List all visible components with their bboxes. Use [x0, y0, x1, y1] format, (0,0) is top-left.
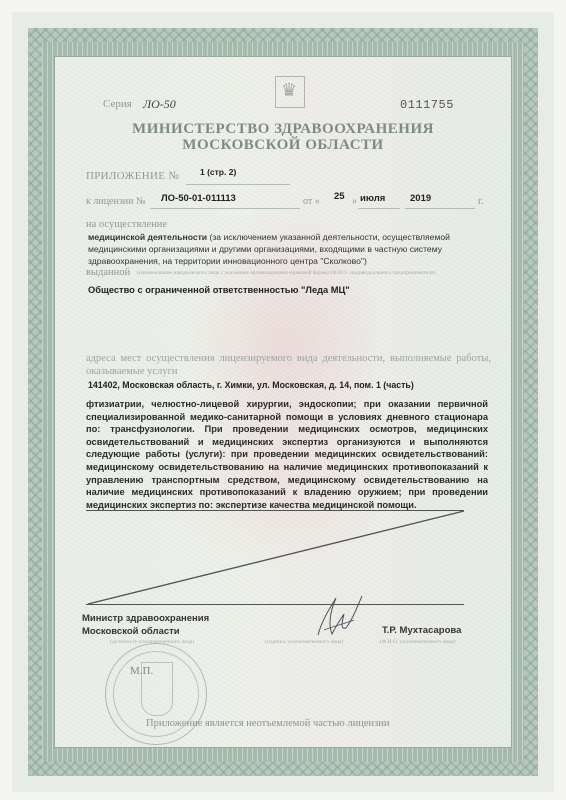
activity-label: на осуществление	[86, 219, 167, 230]
appendix-value: 1 (стр. 2)	[200, 167, 236, 177]
month-underline	[358, 208, 400, 209]
date-quote-close: »	[352, 196, 357, 207]
issued-label: выданной	[86, 267, 130, 278]
official-stamp-icon	[105, 643, 207, 745]
series-label: Серия	[103, 98, 132, 110]
signatory-position-line2: Московской области	[82, 625, 209, 638]
date-month: июля	[360, 193, 385, 204]
date-day: 25	[334, 191, 345, 202]
signature-hint: (подпись уполномоченного лица)	[265, 639, 343, 645]
year-underline	[405, 208, 475, 209]
signatory-position: Министр здравоохранения Московской облас…	[82, 612, 209, 638]
license-number: ЛО-50-01-011113	[161, 193, 236, 204]
blank-space-strike-line	[86, 508, 466, 608]
appendix-underline	[186, 184, 290, 185]
signatory-name: Т.Р. Мухтасарова	[382, 625, 461, 636]
license-label: к лицензии №	[86, 196, 146, 207]
license-underline	[150, 208, 300, 209]
issued-hint: (наименование юридического лица с указан…	[137, 268, 487, 278]
services-text: фтизиатрии, челюстно-лицевой хирургии, э…	[86, 398, 488, 511]
ministry-title-line1: МИНИСТЕРСТВО ЗДРАВООХРАНЕНИЯ	[0, 121, 566, 138]
activity-description: медицинской деятельности (за исключением…	[88, 231, 488, 268]
signatory-position-line1: Министр здравоохранения	[82, 612, 209, 625]
signature-top-line	[86, 604, 464, 605]
address-value: 141402, Московская область, г. Химки, ул…	[88, 380, 414, 390]
date-from-label: от «	[303, 196, 320, 207]
footer-note: Приложение является неотъемлемой частью …	[146, 718, 390, 729]
coat-of-arms-icon	[275, 76, 305, 108]
appendix-label: ПРИЛОЖЕНИЕ №	[86, 170, 179, 182]
address-label: адреса мест осуществления лицензируемого…	[86, 352, 491, 378]
series-value: ЛО-50	[143, 97, 176, 112]
date-year: 2019	[410, 193, 431, 204]
activity-bold: медицинской деятельности	[88, 232, 207, 242]
name-hint: (Ф.И.О. уполномоченного лица)	[380, 639, 455, 645]
ministry-title-line2: МОСКОВСКОЙ ОБЛАСТИ	[0, 137, 566, 154]
year-suffix: г.	[478, 196, 483, 207]
form-number: 0111755	[400, 98, 454, 112]
organization-name: Общество с ограниченной ответственностью…	[88, 285, 350, 295]
stamp-label: М.П.	[130, 665, 153, 677]
